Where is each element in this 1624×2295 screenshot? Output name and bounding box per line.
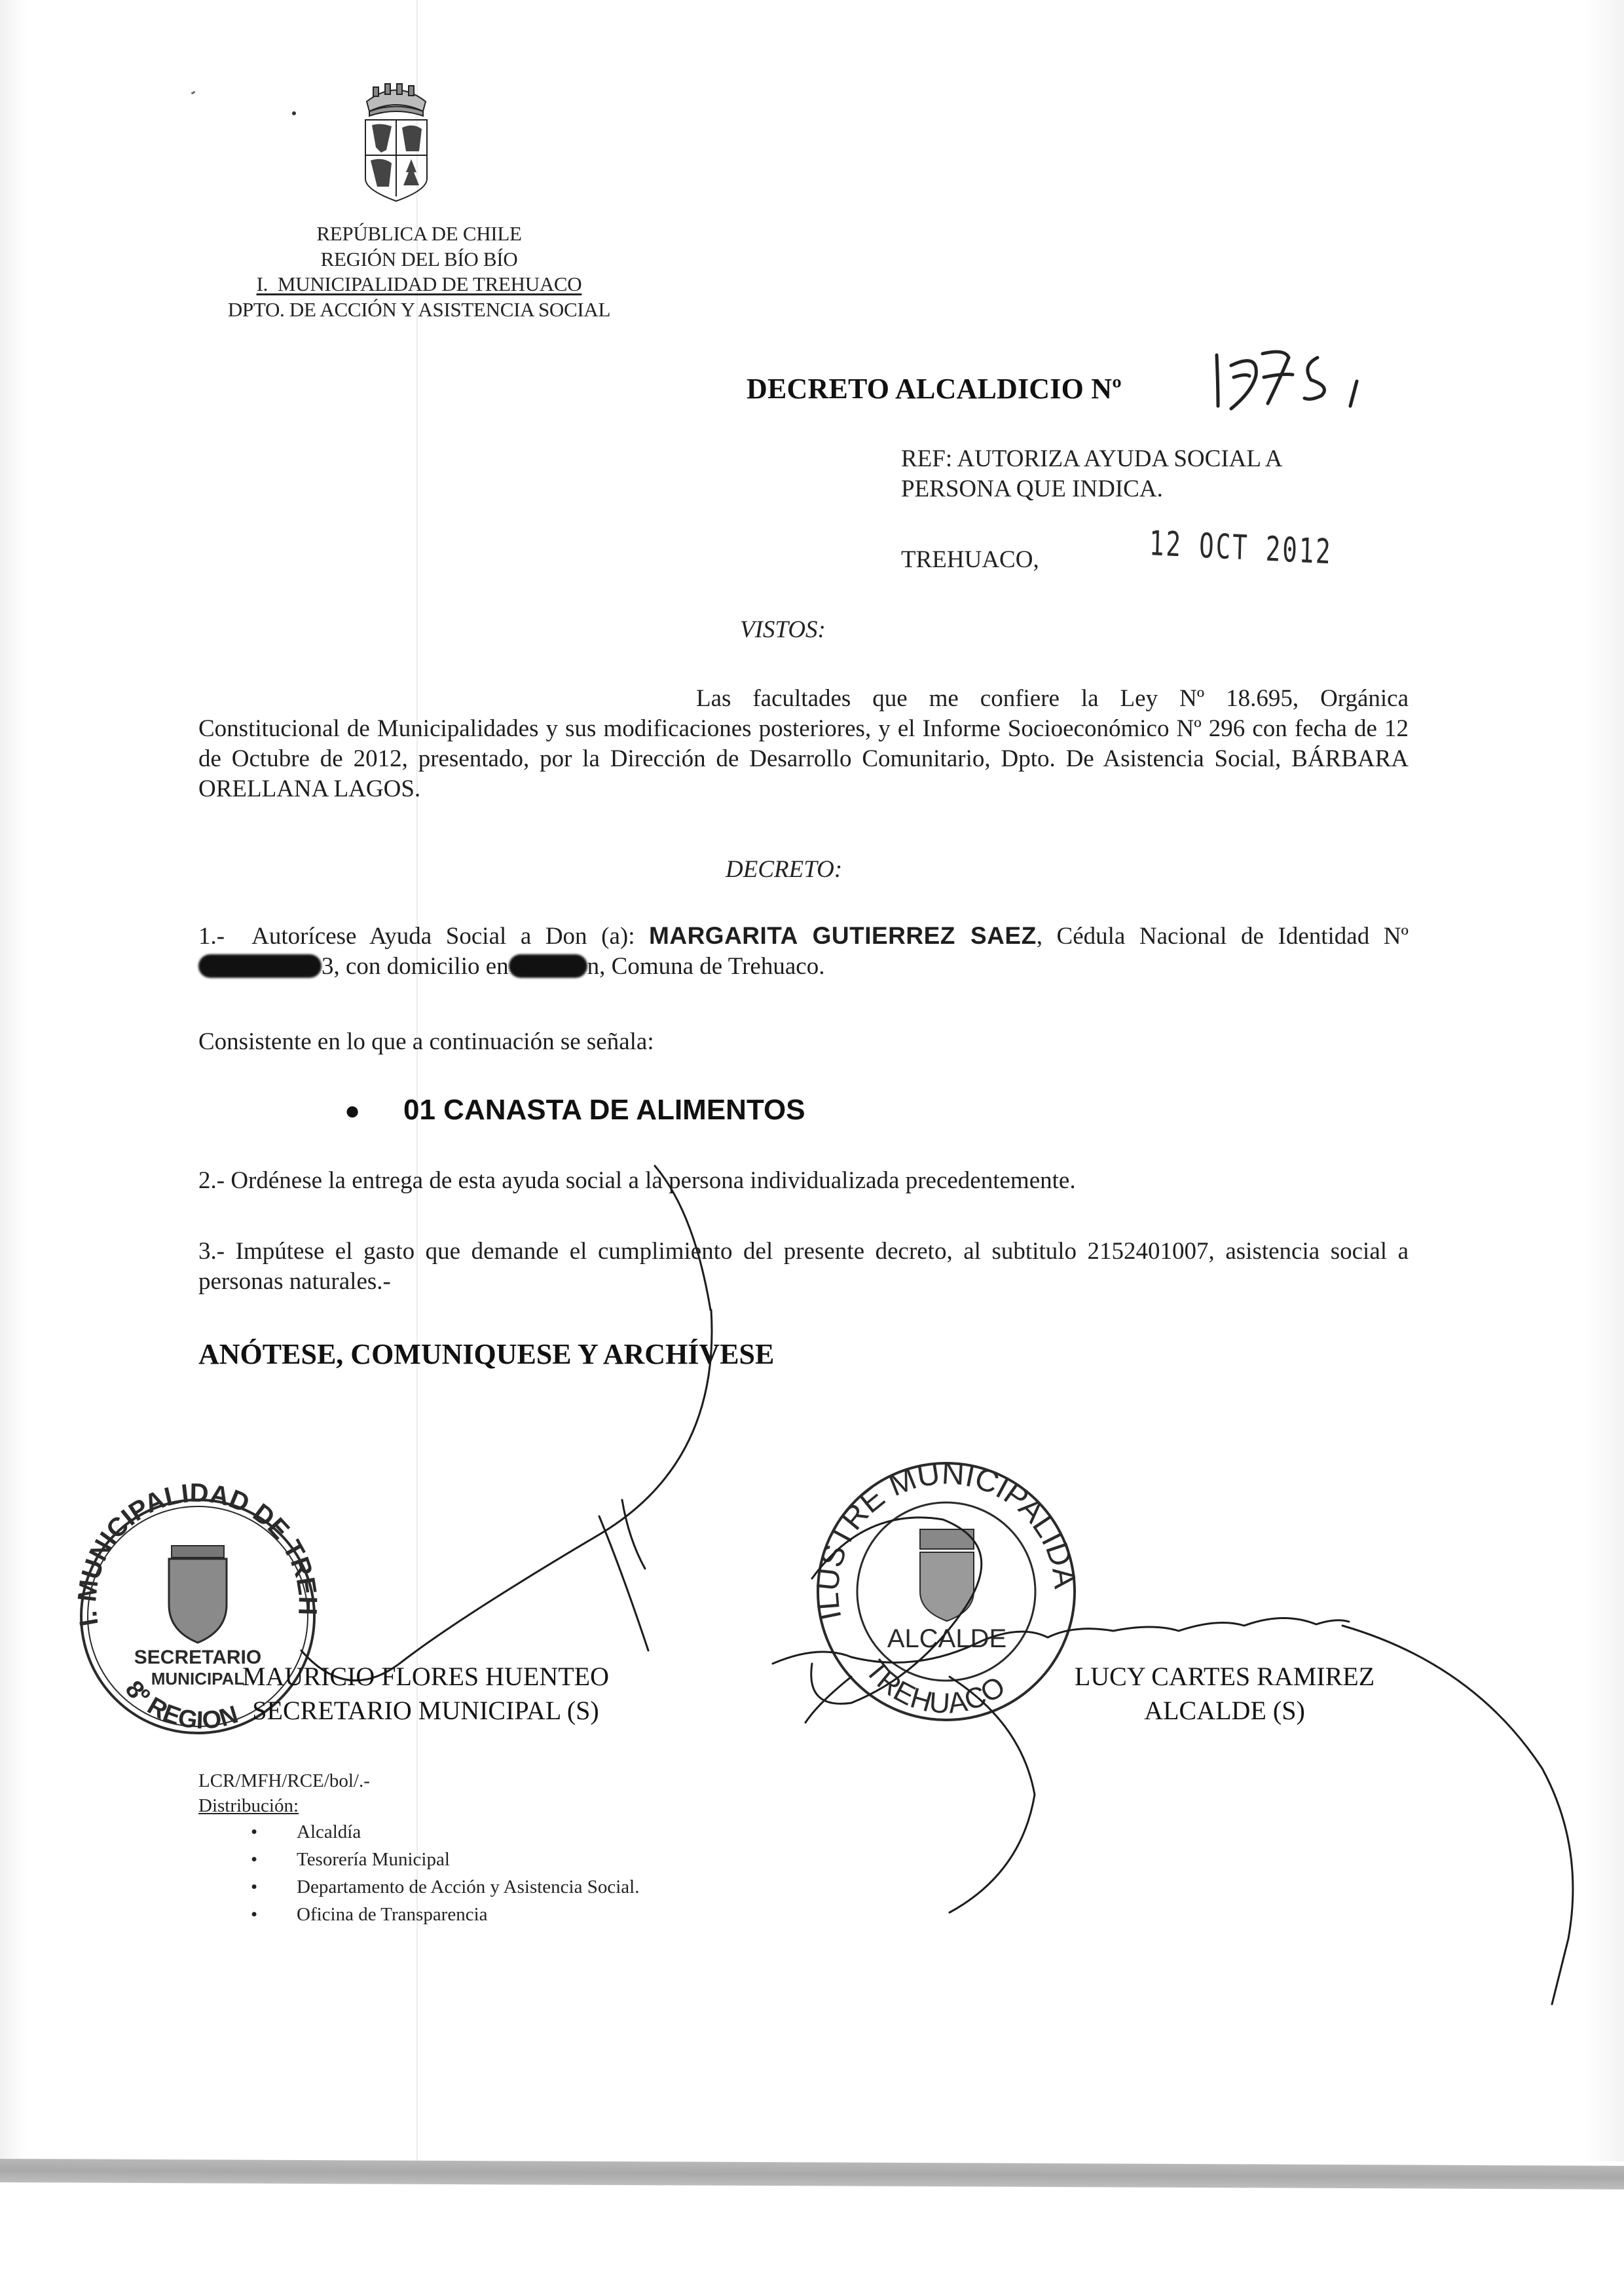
stray-dot [292, 111, 296, 115]
coat-of-arms-icon [360, 82, 432, 203]
aid-item-text: 01 CANASTA DE ALIMENTOS [403, 1094, 805, 1126]
redacted-address [509, 954, 587, 978]
scan-edge-shadow-left [0, 0, 26, 2161]
bullet-icon: • [251, 1901, 257, 1928]
bullet-icon: • [251, 1846, 257, 1873]
bullet-icon: ● [344, 1096, 403, 1126]
bullet-icon: • [251, 1873, 257, 1901]
secretary-name: MAURICIO FLORES HUENTEO [196, 1660, 655, 1694]
reference-block: REF: AUTORIZA AYUDA SOCIAL A PERSONA QUE… [901, 444, 1283, 504]
bullet-icon: • [251, 1818, 257, 1846]
p1-end: , Comuna de Trehuaco. [599, 953, 824, 980]
ref-line-1: REF: AUTORIZA AYUDA SOCIAL A [901, 444, 1283, 474]
secretary-signature-block: MAURICIO FLORES HUENTEO SECRETARIO MUNIC… [196, 1660, 655, 1728]
mayor-name: LUCY CARTES RAMIREZ [1035, 1660, 1414, 1694]
letterhead: REPÚBLICA DE CHILE REGIÓN DEL BÍO BÍO I.… [196, 221, 642, 322]
address-visible-fragment: n [587, 953, 600, 980]
department-line: DPTO. DE ACCIÓN Y ASISTENCIA SOCIAL [196, 297, 642, 323]
paragraph-2: 2.- Ordénese la entrega de esta ayuda so… [198, 1166, 1409, 1196]
scan-edge-shadow-right [1585, 0, 1624, 2161]
beneficiary-name: MARGARITA GUTIERREZ SAEZ [649, 922, 1037, 949]
distribution-list: •Alcaldía •Tesorería Municipal •Departam… [198, 1818, 639, 1928]
aid-item: ●01 CANASTA DE ALIMENTOS [344, 1094, 805, 1127]
footer-block: LCR/MFH/RCE/bol/.- Distribución: •Alcald… [198, 1768, 639, 1928]
redacted-id [198, 954, 322, 978]
svg-text:ALCALDE: ALCALDE [887, 1624, 1006, 1653]
region-line: REGIÓN DEL BÍO BÍO [196, 247, 642, 272]
consistente-line: Consistente en lo que a continuación se … [198, 1027, 1409, 1057]
decreto-label: DECRETO: [726, 855, 842, 884]
stamps-and-signatures: I. MUNICIPALIDAD DE TREHUACO 8º REGION S… [0, 0, 1624, 2295]
mayor-signature-block: LUCY CARTES RAMIREZ ALCALDE (S) [1035, 1660, 1414, 1728]
distribution-item: •Alcaldía [198, 1818, 639, 1846]
initials-code: LCR/MFH/RCE/bol/.- [198, 1768, 639, 1793]
stray-mark [191, 91, 196, 95]
paragraph-3: 3.- Impútese el gasto que demande el cum… [198, 1237, 1409, 1297]
date-stamp: 12 OCT 2012 [1149, 524, 1333, 572]
id-visible-digit: 3 [322, 953, 334, 980]
closing-formula: ANÓTESE, COMUNIQUESE Y ARCHÍVESE [198, 1337, 774, 1371]
handwritten-decree-number: 1375 [1193, 346, 1390, 418]
p1-id-label: , Cédula Nacional de Identidad Nº [1037, 923, 1409, 950]
mayor-role: ALCALDE (S) [1035, 1694, 1414, 1728]
municipality-line: I. MUNICIPALIDAD DE TREHUACO [196, 272, 642, 297]
distribution-item: •Departamento de Acción y Asistencia Soc… [198, 1873, 639, 1901]
p1-intro: 1.- Autorícese Ayuda Social a Don (a): [198, 923, 649, 950]
ref-line-2: PERSONA QUE INDICA. [901, 474, 1283, 504]
vistos-paragraph: Las facultades que me confiere la Ley Nº… [198, 684, 1409, 804]
distribution-label: Distribución: [198, 1793, 639, 1818]
paragraph-1: 1.- Autorícese Ayuda Social a Don (a): M… [198, 921, 1409, 982]
p1-domicilio-label: , con domicilio en [334, 953, 509, 980]
secretary-role: SECRETARIO MUNICIPAL (S) [196, 1694, 655, 1728]
svg-text:TREHUACO: TREHUACO [859, 1654, 1011, 1720]
distribution-item: •Oficina de Transparencia [198, 1901, 639, 1928]
country-line: REPÚBLICA DE CHILE [196, 221, 642, 247]
decree-title: DECRETO ALCALDICIO Nº [747, 372, 1122, 405]
vistos-label: VISTOS: [740, 616, 826, 644]
vistos-text: Las facultades que me confiere la Ley Nº… [198, 685, 1409, 802]
city-label: TREHUACO, [901, 546, 1039, 574]
distribution-item: •Tesorería Municipal [198, 1846, 639, 1873]
scan-bottom-band [0, 2159, 1624, 2190]
